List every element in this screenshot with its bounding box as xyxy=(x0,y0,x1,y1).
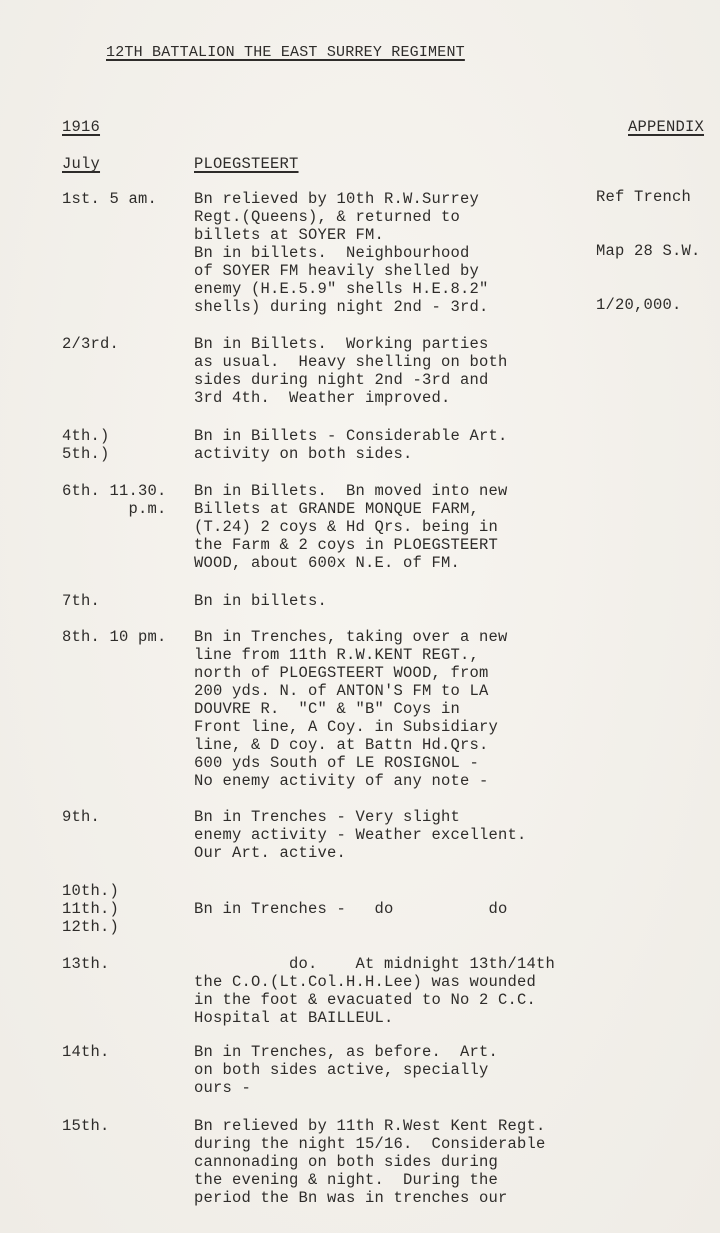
entry-date-line: 5th.) xyxy=(62,445,110,463)
entry-text-line: period the Bn was in trenches our xyxy=(194,1189,546,1207)
entry-date: 10th.)11th.)12th.) xyxy=(62,882,119,936)
month-heading: July xyxy=(62,155,100,173)
entry-date-line: 12th.) xyxy=(62,918,119,936)
entry-date: 6th. 11.30. p.m. xyxy=(62,482,167,518)
entry-text-line: 600 yds South of LE ROSIGNOL - xyxy=(194,754,508,772)
entry-text-line: Front line, A Coy. in Subsidiary xyxy=(194,718,508,736)
entry-date: 4th.)5th.) xyxy=(62,427,110,463)
entry-date-line: 8th. 10 pm. xyxy=(62,628,167,646)
entry-text-line: Our Art. active. xyxy=(194,844,527,862)
entry-text: Bn in Trenches, taking over a newline fr… xyxy=(194,628,508,790)
entry-text-line: of SOYER FM heavily shelled by xyxy=(194,262,489,280)
entry-text-line: Bn relieved by 11th R.West Kent Regt. xyxy=(194,1117,546,1135)
entry-date-line: 13th. xyxy=(62,955,110,973)
entry-text: do. At midnight 13th/14ththe C.O.(Lt.Col… xyxy=(194,955,555,1027)
entry-text-line: the C.O.(Lt.Col.H.H.Lee) was wounded xyxy=(194,973,555,991)
entry-text-line: Billets at GRANDE MONQUE FARM, xyxy=(194,500,508,518)
appendix-label: APPENDIX xyxy=(628,118,704,136)
map-reference-line: 1/20,000. xyxy=(596,296,701,314)
place-heading: PLOEGSTEERT xyxy=(194,155,299,173)
entry-text-line: No enemy activity of any note - xyxy=(194,772,508,790)
entry-text-line: Bn relieved by 10th R.W.Surrey xyxy=(194,190,489,208)
entry-date-line: 6th. 11.30. xyxy=(62,482,167,500)
entry-text-line: sides during night 2nd -3rd and xyxy=(194,371,508,389)
entry-text-line: Bn in Trenches - Very slight xyxy=(194,808,527,826)
entry-text-line: ours - xyxy=(194,1079,498,1097)
year-heading: 1916 xyxy=(62,118,100,136)
entry-text: Bn in Billets. Working partiesas usual. … xyxy=(194,335,508,407)
entry-date-line: 11th.) xyxy=(62,900,119,918)
entry-text-line: Bn in Billets. Working parties xyxy=(194,335,508,353)
entry-text-line: 200 yds. N. of ANTON'S FM to LA xyxy=(194,682,508,700)
entry-date: 8th. 10 pm. xyxy=(62,628,167,646)
entry-date-line: 15th. xyxy=(62,1117,110,1135)
entry-text-line: billets at SOYER FM. xyxy=(194,226,489,244)
entry-date: 15th. xyxy=(62,1117,110,1135)
entry-text-line: Bn in billets. xyxy=(194,592,327,610)
entry-text-line: shells) during night 2nd - 3rd. xyxy=(194,298,489,316)
map-reference-line: Map 28 S.W. xyxy=(596,242,701,260)
entry-text-line: enemy activity - Weather excellent. xyxy=(194,826,527,844)
entry-text-line: line, & D coy. at Battn Hd.Qrs. xyxy=(194,736,508,754)
entry-text-line: cannonading on both sides during xyxy=(194,1153,546,1171)
entry-text-line: Bn in Billets. Bn moved into new xyxy=(194,482,508,500)
entry-date-line: 7th. xyxy=(62,592,100,610)
entry-text-line: Bn in Billets - Considerable Art. xyxy=(194,427,508,445)
entry-date: 9th. xyxy=(62,808,100,826)
entry-date-line: 4th.) xyxy=(62,427,110,445)
entry-text-line: during the night 15/16. Considerable xyxy=(194,1135,546,1153)
entry-text-line: Bn in Trenches - do do xyxy=(194,900,508,918)
entry-date-line: 14th. xyxy=(62,1043,110,1061)
entry-text: Bn in billets. xyxy=(194,592,327,610)
entry-date-line: 9th. xyxy=(62,808,100,826)
entry-text: Bn in Trenches - do do xyxy=(194,882,508,918)
entry-text: Bn in Trenches - Very slightenemy activi… xyxy=(194,808,527,862)
entry-text-line: do. At midnight 13th/14th xyxy=(194,955,555,973)
entry-text-line: line from 11th R.W.KENT REGT., xyxy=(194,646,508,664)
entry-text-line: 3rd 4th. Weather improved. xyxy=(194,389,508,407)
entry-text-line: in the foot & evacuated to No 2 C.C. xyxy=(194,991,555,1009)
map-reference-line: Ref Trench xyxy=(596,188,701,206)
entry-text-line: the Farm & 2 coys in PLOEGSTEERT xyxy=(194,536,508,554)
entry-date-line: 1st. 5 am. xyxy=(62,190,157,208)
entry-text-line: as usual. Heavy shelling on both xyxy=(194,353,508,371)
entry-text-line: Bn in billets. Neighbourhood xyxy=(194,244,489,262)
entry-date-line: 10th.) xyxy=(62,882,119,900)
entry-text-line: Hospital at BAILLEUL. xyxy=(194,1009,555,1027)
entry-text: Bn in Billets. Bn moved into newBillets … xyxy=(194,482,508,572)
entry-text-line: activity on both sides. xyxy=(194,445,508,463)
entry-date: 2/3rd. xyxy=(62,335,119,353)
entry-text-line: north of PLOEGSTEERT WOOD, from xyxy=(194,664,508,682)
entry-date: 14th. xyxy=(62,1043,110,1061)
entry-text-line: Regt.(Queens), & returned to xyxy=(194,208,489,226)
entry-text: Bn in Billets - Considerable Art.activit… xyxy=(194,427,508,463)
entry-text-line: on both sides active, specially xyxy=(194,1061,498,1079)
entry-text-line: Bn in Trenches, as before. Art. xyxy=(194,1043,498,1061)
entry-text-line: enemy (H.E.5.9" shells H.E.8.2" xyxy=(194,280,489,298)
entry-date: 13th. xyxy=(62,955,110,973)
entry-date: 1st. 5 am. xyxy=(62,190,157,208)
entry-text-line xyxy=(194,882,508,900)
entry-text: Bn relieved by 11th R.West Kent Regt.dur… xyxy=(194,1117,546,1207)
entry-date-line: 2/3rd. xyxy=(62,335,119,353)
typed-war-diary-page: 12TH BATTALION THE EAST SURREY REGIMENT … xyxy=(0,0,720,1233)
entry-text-line: WOOD, about 600x N.E. of FM. xyxy=(194,554,508,572)
entry-text-line: the evening & night. During the xyxy=(194,1171,546,1189)
entry-text-line: DOUVRE R. "C" & "B" Coys in xyxy=(194,700,508,718)
entry-text: Bn relieved by 10th R.W.SurreyRegt.(Quee… xyxy=(194,190,489,316)
map-reference: Ref Trench Map 28 S.W. 1/20,000. xyxy=(596,152,701,350)
document-title: 12TH BATTALION THE EAST SURREY REGIMENT xyxy=(106,44,465,62)
entry-text: Bn in Trenches, as before. Art.on both s… xyxy=(194,1043,498,1097)
entry-date: 7th. xyxy=(62,592,100,610)
entry-text-line: Bn in Trenches, taking over a new xyxy=(194,628,508,646)
entry-date-line: p.m. xyxy=(62,500,167,518)
entry-text-line: (T.24) 2 coys & Hd Qrs. being in xyxy=(194,518,508,536)
